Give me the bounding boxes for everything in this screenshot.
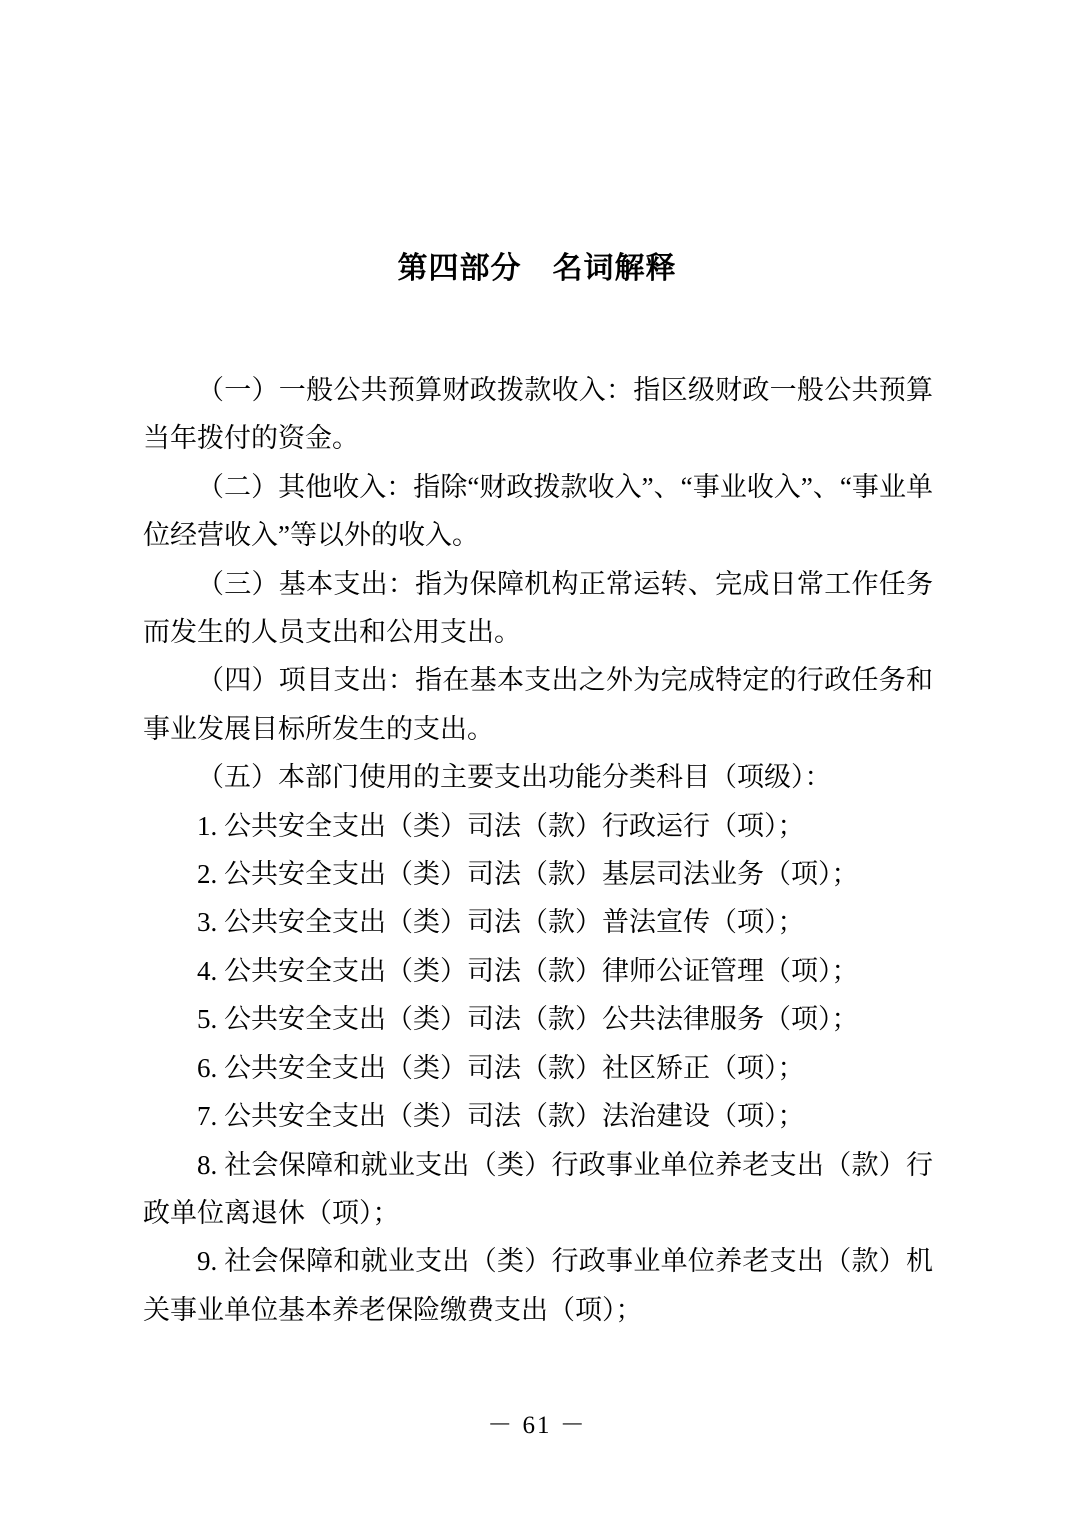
paragraph-2: （二）其他收入：指除“财政拨款收入”、“事业收入”、“事业单位经营收入”等以外的…: [143, 463, 933, 560]
paragraph-4: （四）项目支出：指在基本支出之外为完成特定的行政任务和事业发展目标所发生的支出。: [143, 656, 933, 753]
page-title: 第四部分 名词解释: [0, 243, 1074, 287]
list-item-1: 1. 公共安全支出（类）司法（款）行政运行（项）；: [143, 802, 933, 850]
list-item-7: 7. 公共安全支出（类）司法（款）法治建设（项）；: [143, 1092, 933, 1140]
list-item-2: 2. 公共安全支出（类）司法（款）基层司法业务（项）；: [143, 850, 933, 898]
list-item-3: 3. 公共安全支出（类）司法（款）普法宣传（项）；: [143, 898, 933, 946]
paragraph-3: （三）基本支出：指为保障机构正常运转、完成日常工作任务而发生的人员支出和公用支出…: [143, 560, 933, 657]
list-item-5: 5. 公共安全支出（类）司法（款）公共法律服务（项）；: [143, 995, 933, 1043]
paragraph-5: （五）本部门使用的主要支出功能分类科目（项级）：: [143, 753, 933, 801]
page-number: － 61 －: [0, 1405, 1074, 1441]
list-item-8: 8. 社会保障和就业支出（类）行政事业单位养老支出（款）行政单位离退休（项）；: [143, 1141, 933, 1238]
document-page: 第四部分 名词解释 （一）一般公共预算财政拨款收入：指区级财政一般公共预算当年拨…: [0, 0, 1074, 1520]
list-item-6: 6. 公共安全支出（类）司法（款）社区矫正（项）；: [143, 1044, 933, 1092]
paragraph-1: （一）一般公共预算财政拨款收入：指区级财政一般公共预算当年拨付的资金。: [143, 366, 933, 463]
list-item-9: 9. 社会保障和就业支出（类）行政事业单位养老支出（款）机关事业单位基本养老保险…: [143, 1237, 933, 1334]
list-item-4: 4. 公共安全支出（类）司法（款）律师公证管理（项）；: [143, 947, 933, 995]
document-body: （一）一般公共预算财政拨款收入：指区级财政一般公共预算当年拨付的资金。 （二）其…: [143, 366, 933, 1334]
